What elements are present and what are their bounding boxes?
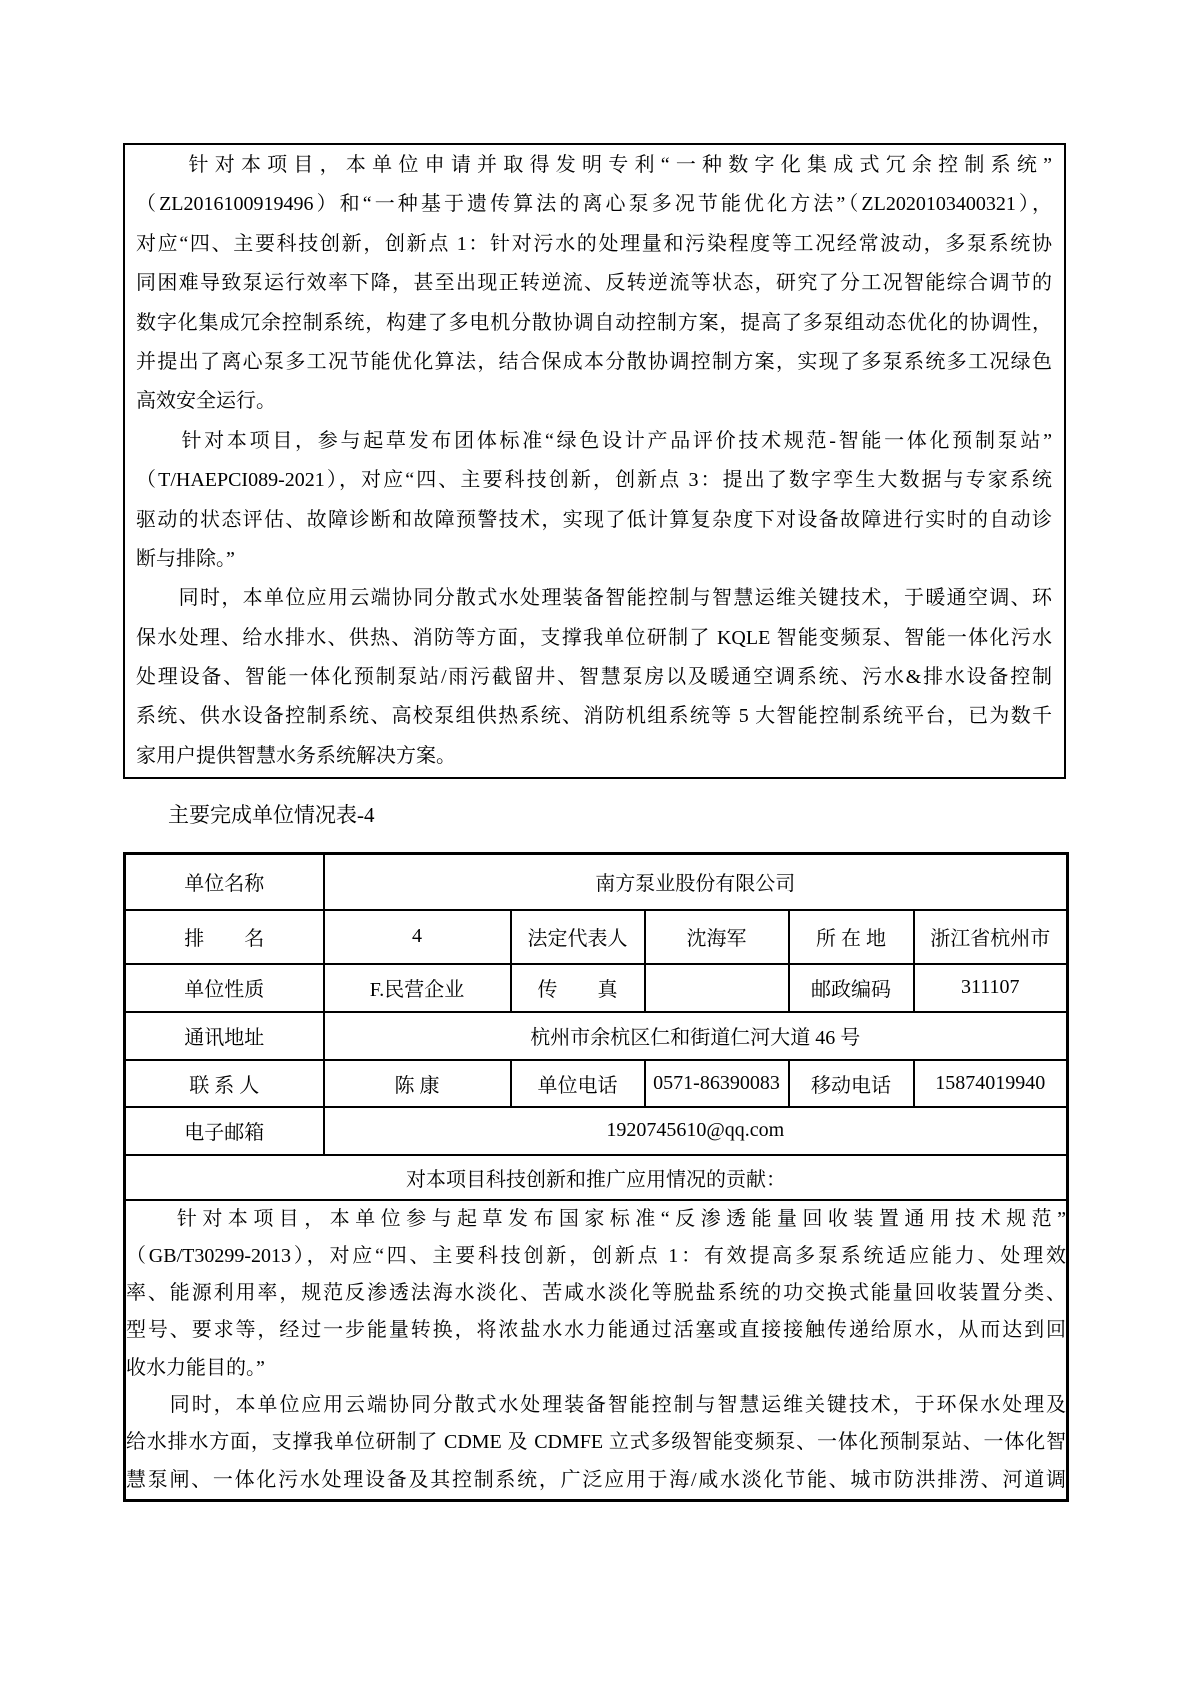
text-line: 针对本项目，本单位申请并取得发明专利“一种数字化集成式冗余控制系统”: [136, 146, 1052, 185]
contact-value: 陈 康: [324, 1060, 511, 1107]
text-line: 率、能源利用率，规范反渗透法海水淡化、苦咸水淡化等脱盐系统的功交换式能量回收装置…: [126, 1275, 1066, 1312]
text-line: （ZL2016100919496）和“一种基于遗传算法的离心泵多况节能优化方法”…: [136, 185, 1052, 224]
row-unit-name: 单位名称 南方泵业股份有限公司: [125, 854, 1068, 910]
intro-text-box: 针对本项目，本单位申请并取得发明专利“一种数字化集成式冗余控制系统”（ZL201…: [123, 143, 1066, 779]
unit-name-label: 单位名称: [125, 854, 324, 910]
text-line: 驱动的状态评估、故障诊断和故障预警技术，实现了低计算复杂度下对设备故障进行实时的…: [136, 501, 1052, 540]
contribution-text: 针对本项目，本单位参与起草发布国家标准“反渗透能量回收装置通用技术规范”（GB/…: [125, 1200, 1068, 1501]
legal-rep-label: 法定代表人: [511, 910, 645, 964]
text-line: 断与排除。”: [136, 540, 1052, 579]
row-address: 通讯地址 杭州市余杭区仁和街道仁河大道 46 号: [125, 1012, 1068, 1060]
unit-info-table: 单位名称 南方泵业股份有限公司 排 名 4 法定代表人 沈海军 所 在 地 浙江…: [123, 852, 1069, 1502]
text-line: （GB/T30299-2013），对应“四、主要科技创新，创新点 1：有效提高多…: [126, 1238, 1066, 1275]
mobile-label: 移动电话: [789, 1060, 914, 1107]
row-email: 电子邮箱 1920745610@qq.com: [125, 1107, 1068, 1155]
postcode-label: 邮政编码: [789, 964, 914, 1012]
document-page: 针对本项目，本单位申请并取得发明专利“一种数字化集成式冗余控制系统”（ZL201…: [0, 0, 1200, 1697]
table-title: 主要完成单位情况表-4: [123, 801, 1066, 829]
text-line: 同困难导致泵运行效率下降，甚至出现正转逆流、反转逆流等状态，研究了分工况智能综合…: [136, 264, 1052, 303]
address-label: 通讯地址: [125, 1012, 324, 1060]
text-line: 保水处理、给水排水、供热、消防等方面，支撑我单位研制了 KQLE 智能变频泵、智…: [136, 619, 1052, 658]
email-value: 1920745610@qq.com: [324, 1107, 1068, 1155]
text-line: 同时，本单位应用云端协同分散式水处理装备智能控制与智慧运维关键技术，于环保水处理…: [126, 1387, 1066, 1424]
fax-value: [645, 964, 789, 1012]
location-value: 浙江省杭州市: [914, 910, 1068, 964]
text-line: 系统、供水设备控制系统、高校泵组供热系统、消防机组系统等 5 大智能控制系统平台…: [136, 697, 1052, 736]
unit-name-value: 南方泵业股份有限公司: [324, 854, 1068, 910]
text-line: 针对本项目，参与起草发布团体标准“绿色设计产品评价技术规范-智能一体化预制泵站”: [136, 422, 1052, 461]
rank-label: 排 名: [125, 910, 324, 964]
address-value: 杭州市余杭区仁和街道仁河大道 46 号: [324, 1012, 1068, 1060]
row-contribution: 针对本项目，本单位参与起草发布国家标准“反渗透能量回收装置通用技术规范”（GB/…: [125, 1200, 1068, 1501]
text-line: 同时，本单位应用云端协同分散式水处理装备智能控制与智慧运维关键技术，于暖通空调、…: [136, 579, 1052, 618]
text-line: 高效安全运行。: [136, 382, 1052, 421]
rank-value: 4: [324, 910, 511, 964]
phone-value: 0571-86390083: [645, 1060, 789, 1107]
text-line: 针对本项目，本单位参与起草发布国家标准“反渗透能量回收装置通用技术规范”: [126, 1201, 1066, 1238]
text-line: 对应“四、主要科技创新，创新点 1：针对污水的处理量和污染程度等工况经常波动，多…: [136, 225, 1052, 264]
text-line: （T/HAEPCI089-2021），对应“四、主要科技创新，创新点 3：提出了…: [136, 461, 1052, 500]
text-line: 处理设备、智能一体化预制泵站/雨污截留井、智慧泵房以及暖通空调系统、污水&排水设…: [136, 658, 1052, 697]
text-line: 数字化集成冗余控制系统，构建了多电机分散协调自动控制方案，提高了多泵组动态优化的…: [136, 304, 1052, 343]
text-line: 并提出了离心泵多工况节能优化算法，结合保成本分散协调控制方案，实现了多泵系统多工…: [136, 343, 1052, 382]
location-label: 所 在 地: [789, 910, 914, 964]
text-line: 家用户提供智慧水务系统解决方案。: [136, 737, 1052, 776]
phone-label: 单位电话: [511, 1060, 645, 1107]
row-rank: 排 名 4 法定代表人 沈海军 所 在 地 浙江省杭州市: [125, 910, 1068, 964]
text-line: 收水力能目的。”: [126, 1350, 1066, 1387]
row-contact: 联 系 人 陈 康 单位电话 0571-86390083 移动电话 158740…: [125, 1060, 1068, 1107]
text-line: 型号、要求等，经过一步能量转换，将浓盐水水力能通过活塞或直接接触传递给原水，从而…: [126, 1312, 1066, 1349]
legal-rep-value: 沈海军: [645, 910, 789, 964]
contact-label: 联 系 人: [125, 1060, 324, 1107]
text-line: 慧泵闸、一体化污水处理设备及其控制系统，广泛应用于海/咸水淡化节能、城市防洪排涝…: [126, 1462, 1066, 1499]
mobile-value: 15874019940: [914, 1060, 1068, 1107]
row-contribution-header: 对本项目科技创新和推广应用情况的贡献：: [125, 1155, 1068, 1200]
contribution-header: 对本项目科技创新和推广应用情况的贡献：: [125, 1155, 1068, 1200]
fax-label: 传 真: [511, 964, 645, 1012]
row-unit-type: 单位性质 F.民营企业 传 真 邮政编码 311107: [125, 964, 1068, 1012]
postcode-value: 311107: [914, 964, 1068, 1012]
unit-type-value: F.民营企业: [324, 964, 511, 1012]
unit-type-label: 单位性质: [125, 964, 324, 1012]
email-label: 电子邮箱: [125, 1107, 324, 1155]
text-line: 给水排水方面，支撑我单位研制了 CDME 及 CDMFE 立式多级智能变频泵、一…: [126, 1424, 1066, 1461]
